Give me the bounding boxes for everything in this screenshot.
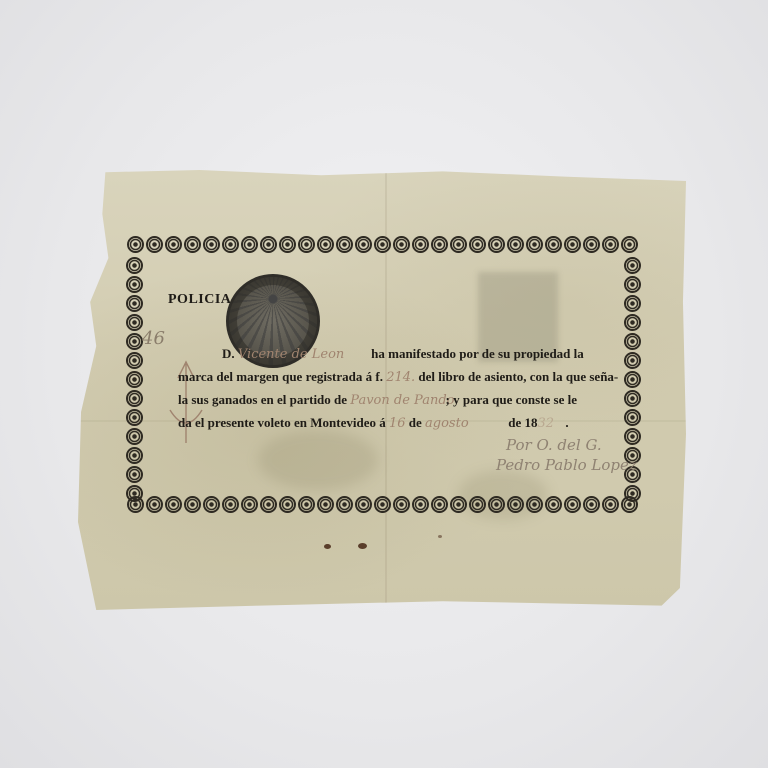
scroll-ornament-icon [222, 496, 239, 513]
scroll-ornament-icon [624, 371, 641, 388]
scroll-ornament-icon [184, 236, 201, 253]
scroll-ornament-icon [203, 496, 220, 513]
signature-line-2: Pedro Pablo Lopez [496, 456, 637, 474]
scroll-ornament-icon [126, 428, 143, 445]
printed-text: de 18 [508, 415, 537, 430]
printed-text: ha manifestado por de su propiedad la [371, 346, 584, 361]
handwritten-partido: Pavon de Pando [350, 393, 442, 408]
scroll-ornament-icon [393, 236, 410, 253]
scroll-ornament-icon [146, 496, 163, 513]
scroll-ornament-icon [260, 496, 277, 513]
signature-line-1: Por O. del G. [506, 436, 602, 454]
scroll-ornament-icon [507, 496, 524, 513]
scroll-ornament-icon [126, 295, 143, 312]
scroll-ornament-icon [165, 236, 182, 253]
scroll-ornament-icon [222, 236, 239, 253]
police-certificate-document: POLICIA. 46 D. Vicente de Leon ha manife… [78, 170, 686, 610]
printed-text: de [409, 415, 422, 430]
scroll-ornament-icon [127, 236, 144, 253]
scroll-ornament-icon [165, 496, 182, 513]
scroll-ornament-icon [126, 333, 143, 350]
scroll-ornament-icon [507, 236, 524, 253]
scroll-ornament-icon [583, 496, 600, 513]
text-line-1: D. Vicente de Leon ha manifestado por de… [222, 346, 584, 362]
scroll-ornament-icon [393, 496, 410, 513]
printed-text: ; y para que conste se le [446, 392, 577, 407]
scroll-ornament-icon [624, 333, 641, 350]
scroll-ornament-icon [469, 236, 486, 253]
scroll-ornament-icon [624, 352, 641, 369]
ink-spot [358, 543, 367, 549]
printed-text: del libro de asiento, con la que seña- [418, 369, 618, 384]
scroll-ornament-icon [203, 236, 220, 253]
scroll-ornament-icon [624, 428, 641, 445]
scroll-ornament-icon [564, 236, 581, 253]
margin-number: 46 [142, 328, 165, 349]
scroll-ornament-icon [126, 276, 143, 293]
scroll-ornament-icon [126, 257, 143, 274]
scroll-ornament-icon [374, 496, 391, 513]
text-line-4: da el presente voleto en Montevideo á 16… [178, 415, 569, 431]
scroll-ornament-icon [488, 236, 505, 253]
scroll-ornament-icon [241, 236, 258, 253]
scroll-ornament-icon [184, 496, 201, 513]
handwritten-month: agosto [425, 416, 505, 431]
scroll-ornament-icon [450, 236, 467, 253]
printed-text: . [565, 415, 568, 430]
scroll-ornament-icon [317, 496, 334, 513]
scroll-ornament-icon [355, 496, 372, 513]
scroll-ornament-icon [336, 236, 353, 253]
scroll-ornament-icon [126, 371, 143, 388]
ink-spot [438, 535, 442, 538]
scroll-ornament-icon [126, 314, 143, 331]
scroll-ornament-icon [583, 236, 600, 253]
scroll-ornament-icon [279, 236, 296, 253]
scroll-ornament-icon [431, 496, 448, 513]
text-line-3: la sus ganados en el partido de Pavon de… [178, 392, 577, 408]
scroll-ornament-icon [298, 496, 315, 513]
scroll-ornament-icon [469, 496, 486, 513]
scroll-ornament-icon [241, 496, 258, 513]
scroll-ornament-icon [450, 496, 467, 513]
ornamental-border-left [126, 256, 143, 503]
scroll-ornament-icon [279, 496, 296, 513]
scroll-ornament-icon [624, 257, 641, 274]
scroll-ornament-icon [624, 276, 641, 293]
scroll-ornament-icon [317, 236, 334, 253]
handwritten-owner-name: Vicente de Leon [238, 347, 368, 362]
scroll-ornament-icon [624, 390, 641, 407]
ink-spot [324, 544, 331, 549]
scroll-ornament-icon [624, 295, 641, 312]
document-heading: POLICIA. [168, 292, 235, 308]
scroll-ornament-icon [602, 236, 619, 253]
scroll-ornament-icon [298, 236, 315, 253]
handwritten-day: 16 [389, 416, 406, 431]
scroll-ornament-icon [146, 236, 163, 253]
handwritten-year: 32 [538, 416, 555, 431]
scroll-ornament-icon [126, 466, 143, 483]
scroll-ornament-icon [126, 485, 143, 502]
scroll-ornament-icon [412, 496, 429, 513]
scroll-ornament-icon [431, 236, 448, 253]
text-line-2: marca del margen que registrada á f. 214… [178, 369, 618, 385]
scroll-ornament-icon [126, 447, 143, 464]
scroll-ornament-icon [355, 236, 372, 253]
scroll-ornament-icon [526, 496, 543, 513]
scroll-ornament-icon [260, 236, 277, 253]
stain [258, 430, 378, 490]
scroll-ornament-icon [545, 236, 562, 253]
scroll-ornament-icon [412, 236, 429, 253]
scroll-ornament-icon [602, 496, 619, 513]
printed-text: marca del margen que registrada á f. [178, 369, 383, 384]
scroll-ornament-icon [564, 496, 581, 513]
scroll-ornament-icon [526, 236, 543, 253]
scroll-ornament-icon [488, 496, 505, 513]
printed-text: la sus ganados en el partido de [178, 392, 347, 407]
scroll-ornament-icon [624, 314, 641, 331]
scroll-ornament-icon [624, 485, 641, 502]
title-prefix: D. [222, 346, 235, 361]
scroll-ornament-icon [336, 496, 353, 513]
scroll-ornament-icon [126, 390, 143, 407]
ornamental-border-top [126, 236, 639, 253]
scroll-ornament-icon [126, 352, 143, 369]
scroll-ornament-icon [126, 409, 143, 426]
handwritten-folio: 214. [386, 370, 415, 385]
scroll-ornament-icon [621, 236, 638, 253]
scroll-ornament-icon [545, 496, 562, 513]
printed-text: da el presente voleto en Montevideo á [178, 415, 386, 430]
scroll-ornament-icon [374, 236, 391, 253]
scroll-ornament-icon [624, 409, 641, 426]
ornamental-border-bottom [126, 496, 639, 513]
